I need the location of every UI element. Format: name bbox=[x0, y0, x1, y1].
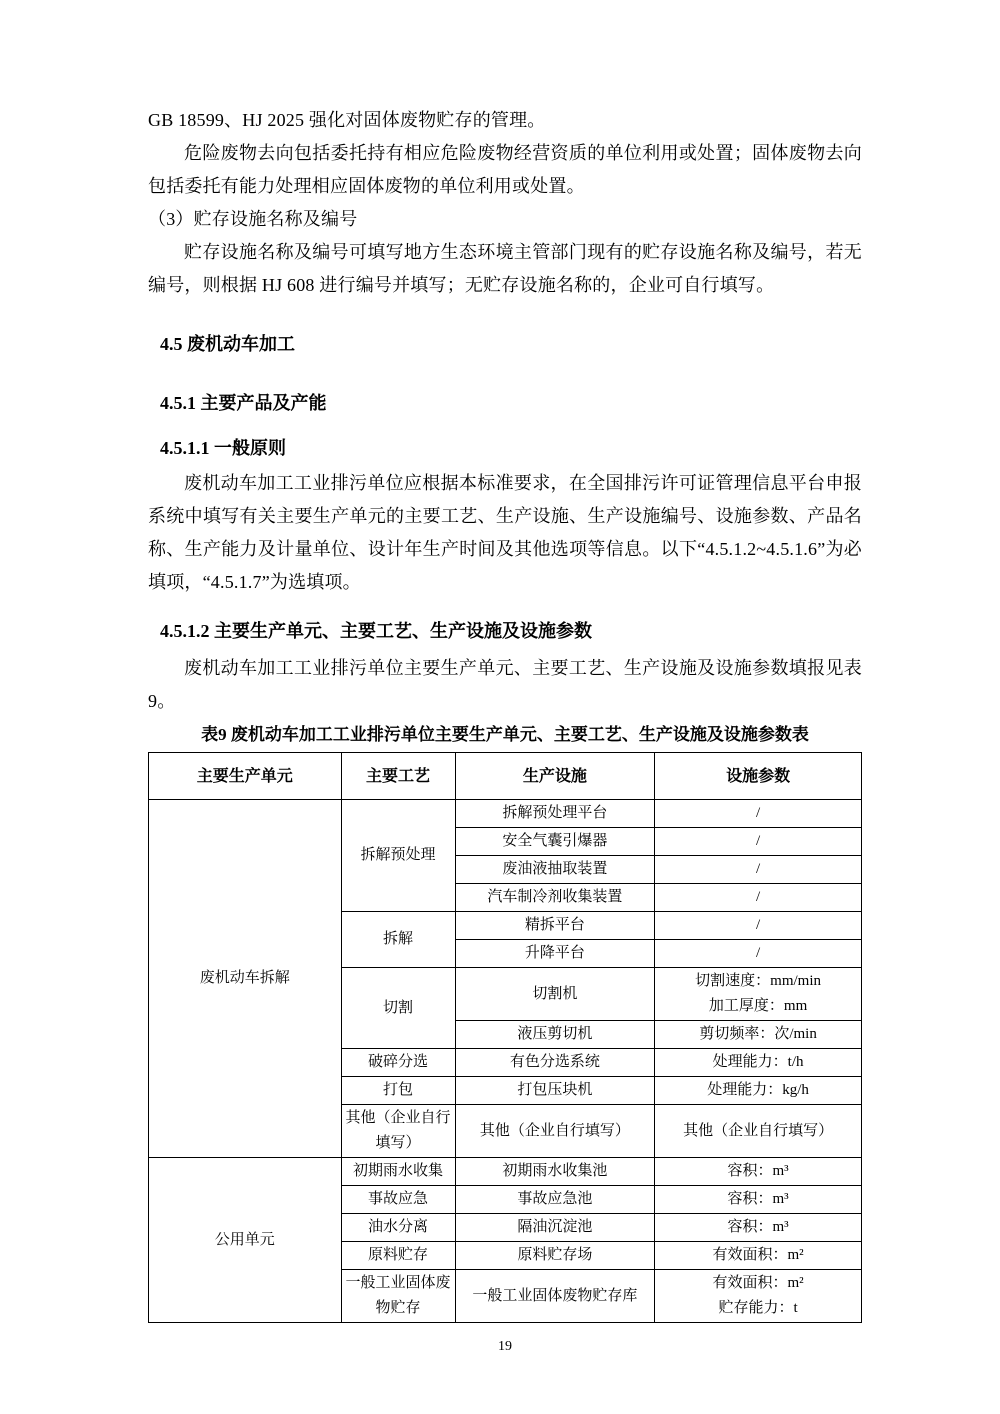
table-row: 废机动车拆解拆解预处理拆解预处理平台/ bbox=[149, 800, 862, 828]
process-cell: 其他（企业自行填写） bbox=[341, 1105, 455, 1158]
process-cell: 切割 bbox=[341, 968, 455, 1049]
process-cell: 初期雨水收集 bbox=[341, 1158, 455, 1186]
table-header: 主要生产单元 主要工艺 生产设施 设施参数 bbox=[149, 753, 862, 800]
parameter-cell: 切割速度：mm/min 加工厚度：mm bbox=[655, 968, 862, 1021]
col-header-main-process: 主要工艺 bbox=[341, 753, 455, 800]
parameter-cell: 其他（企业自行填写） bbox=[655, 1105, 862, 1158]
table-body: 废机动车拆解拆解预处理拆解预处理平台/安全气囊引爆器/废油液抽取装置/汽车制冷剂… bbox=[149, 800, 862, 1323]
facility-cell: 切割机 bbox=[455, 968, 655, 1021]
facility-cell: 废油液抽取装置 bbox=[455, 856, 655, 884]
process-cell: 拆解 bbox=[341, 912, 455, 968]
heading-4-5-1-2: 4.5.1.2 主要生产单元、主要工艺、生产设施及设施参数 bbox=[160, 615, 862, 648]
content-column: GB 18599、HJ 2025 强化对固体废物贮存的管理。 危险废物去向包括委… bbox=[148, 0, 862, 1355]
parameter-cell: 剪切频率：次/min bbox=[655, 1021, 862, 1049]
parameter-cell: / bbox=[655, 856, 862, 884]
parameter-cell: / bbox=[655, 884, 862, 912]
process-cell: 事故应急 bbox=[341, 1186, 455, 1214]
facility-cell: 事故应急池 bbox=[455, 1186, 655, 1214]
process-cell: 一般工业固体废物贮存 bbox=[341, 1270, 455, 1323]
process-cell: 打包 bbox=[341, 1077, 455, 1105]
heading-4-5: 4.5 废机动车加工 bbox=[160, 328, 862, 361]
facility-cell: 初期雨水收集池 bbox=[455, 1158, 655, 1186]
parameter-cell: 有效面积：m² bbox=[655, 1242, 862, 1270]
table-9: 主要生产单元 主要工艺 生产设施 设施参数 废机动车拆解拆解预处理拆解预处理平台… bbox=[148, 752, 862, 1323]
process-cell: 破碎分选 bbox=[341, 1049, 455, 1077]
table-row: 公用单元初期雨水收集初期雨水收集池容积：m³ bbox=[149, 1158, 862, 1186]
parameter-cell: / bbox=[655, 940, 862, 968]
paragraph-storage-facility: 贮存设施名称及编号可填写地方生态环境主管部门现有的贮存设施名称及编号，若无编号，… bbox=[148, 236, 862, 302]
item-3-label: （3）贮存设施名称及编号 bbox=[148, 203, 862, 236]
main-unit-cell: 公用单元 bbox=[149, 1158, 342, 1323]
process-cell: 油水分离 bbox=[341, 1214, 455, 1242]
paragraph-4-5-1-2: 废机动车加工工业排污单位主要生产单元、主要工艺、生产设施及设施参数填报见表9。 bbox=[148, 652, 862, 718]
facility-cell: 打包压块机 bbox=[455, 1077, 655, 1105]
facility-cell: 升降平台 bbox=[455, 940, 655, 968]
facility-cell: 液压剪切机 bbox=[455, 1021, 655, 1049]
parameter-cell: 容积：m³ bbox=[655, 1186, 862, 1214]
heading-4-5-1: 4.5.1 主要产品及产能 bbox=[160, 387, 862, 420]
parameter-cell: / bbox=[655, 800, 862, 828]
parameter-cell: / bbox=[655, 912, 862, 940]
facility-cell: 精拆平台 bbox=[455, 912, 655, 940]
facility-cell: 拆解预处理平台 bbox=[455, 800, 655, 828]
facility-cell: 隔油沉淀池 bbox=[455, 1214, 655, 1242]
main-unit-cell: 废机动车拆解 bbox=[149, 800, 342, 1158]
facility-cell: 安全气囊引爆器 bbox=[455, 828, 655, 856]
parameter-cell: 处理能力：t/h bbox=[655, 1049, 862, 1077]
col-header-parameters: 设施参数 bbox=[655, 753, 862, 800]
parameter-cell: 容积：m³ bbox=[655, 1158, 862, 1186]
paragraph-4-5-1-1: 废机动车加工工业排污单位应根据本标准要求，在全国排污许可证管理信息平台申报系统中… bbox=[148, 467, 862, 599]
process-cell: 拆解预处理 bbox=[341, 800, 455, 912]
table-header-row: 主要生产单元 主要工艺 生产设施 设施参数 bbox=[149, 753, 862, 800]
paragraph-continued: GB 18599、HJ 2025 强化对固体废物贮存的管理。 bbox=[148, 104, 862, 137]
facility-cell: 原料贮存场 bbox=[455, 1242, 655, 1270]
col-header-facility: 生产设施 bbox=[455, 753, 655, 800]
facility-cell: 有色分选系统 bbox=[455, 1049, 655, 1077]
parameter-cell: / bbox=[655, 828, 862, 856]
facility-cell: 其他（企业自行填写） bbox=[455, 1105, 655, 1158]
page: GB 18599、HJ 2025 强化对固体废物贮存的管理。 危险废物去向包括委… bbox=[0, 0, 1000, 1414]
parameter-cell: 处理能力：kg/h bbox=[655, 1077, 862, 1105]
facility-cell: 一般工业固体废物贮存库 bbox=[455, 1270, 655, 1323]
page-number: 19 bbox=[148, 1339, 862, 1355]
facility-cell: 汽车制冷剂收集装置 bbox=[455, 884, 655, 912]
heading-4-5-1-1: 4.5.1.1 一般原则 bbox=[160, 432, 862, 465]
col-header-main-unit: 主要生产单元 bbox=[149, 753, 342, 800]
table-caption: 表9 废机动车加工工业排污单位主要生产单元、主要工艺、生产设施及设施参数表 bbox=[148, 720, 862, 750]
process-cell: 原料贮存 bbox=[341, 1242, 455, 1270]
parameter-cell: 有效面积：m² 贮存能力：t bbox=[655, 1270, 862, 1323]
paragraph-hazardous-waste: 危险废物去向包括委托持有相应危险废物经营资质的单位利用或处置；固体废物去向包括委… bbox=[148, 137, 862, 203]
parameter-cell: 容积：m³ bbox=[655, 1214, 862, 1242]
